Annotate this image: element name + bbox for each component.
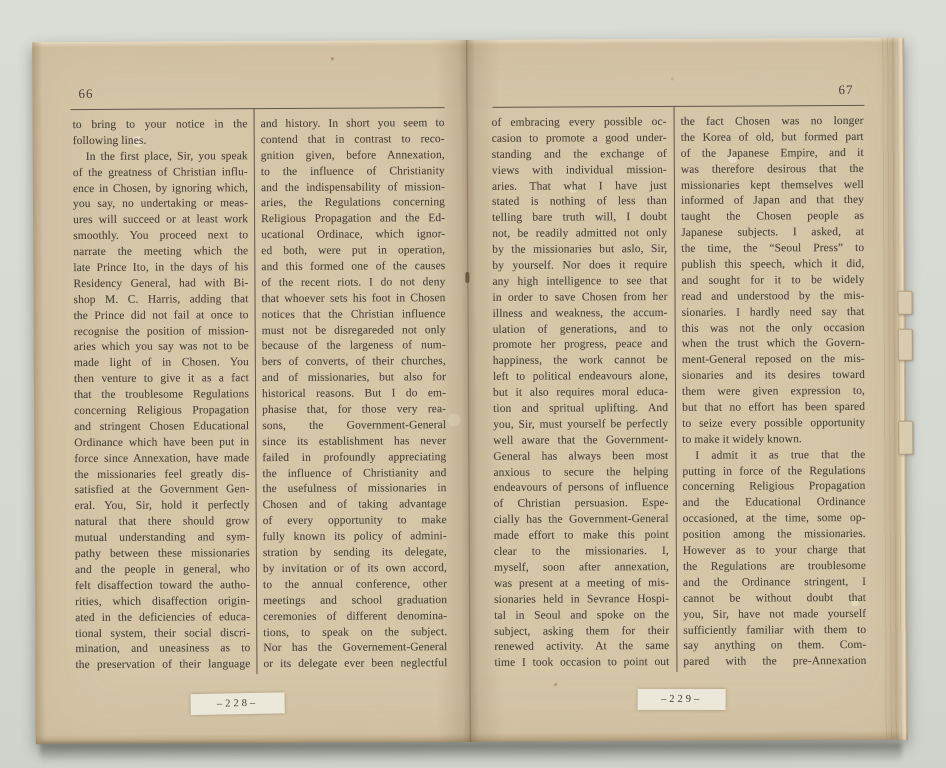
text-line: or its delegate ever been neglectful (263, 656, 447, 673)
text-line: made light of in Chosen. You (74, 356, 249, 373)
text-line: of the greatness of Christian influ- (73, 165, 248, 182)
text-line: late Prince Ito, in the days of his (73, 260, 248, 277)
text-line: to the influence of Christianity (261, 164, 445, 181)
binding-stitch (465, 272, 469, 283)
text-line: but that no effort has been spared (682, 400, 865, 417)
text-line: concerning Religious Propagation (682, 479, 865, 496)
text-line: of the recent riots. I do not deny (261, 275, 445, 292)
text-column-2: and history. In short you seem tocontend… (261, 116, 448, 673)
text-line: stated is nothing of less than (492, 194, 667, 211)
text-line: ed both, were put in operation, (261, 243, 445, 260)
text-line: mutual understanding and sym- (75, 530, 250, 547)
text-line: you, Sir, must yourself be perfectly (493, 417, 668, 434)
text-line: that whoever sets his foot in Chosen (261, 291, 445, 308)
text-line: meetings and school graduation (263, 593, 447, 610)
header-rule-right (493, 105, 865, 108)
text-line: to make it widely known. (682, 432, 865, 449)
text-line: myself, soon after annexation, (494, 560, 669, 577)
text-line: and this formed one of the causes (261, 259, 445, 276)
text-line: aries. That what I have just (492, 179, 667, 196)
text-line: ucational Ordinace, which ignor- (261, 227, 445, 244)
text-line: In the first place, Sir, you speak (73, 149, 248, 166)
text-line: to bring to your notice in the (73, 117, 248, 134)
text-line: historical reasons. But I do em- (262, 386, 446, 403)
text-line: you, Sir, have not made yourself (683, 607, 866, 624)
text-line: by the missionaries but aslo, Sir, (492, 242, 667, 259)
text-line: sufficiently familiar with them to (683, 622, 866, 639)
text-line: and stringent Chosen Educational (74, 419, 249, 436)
text-line: the Regulations are troublesome (683, 559, 866, 576)
text-line: that the troublesome Regulations (74, 387, 249, 404)
text-line: concerning Religious Propagation (74, 403, 249, 420)
text-line: and history. In short you seem to (261, 116, 445, 133)
text-line: endeavours of persons of influence (493, 480, 668, 497)
text-line: fully known its policy of admini- (263, 529, 447, 546)
text-line: happiness, the work cannot be (493, 353, 668, 370)
text-line: by invitation or of its own accord, (263, 561, 447, 578)
text-line: and the Educational Ordinance (683, 495, 866, 512)
text-line: of embracing every possible oc- (492, 115, 667, 132)
text-line: pared with the pre-Annexation (683, 654, 866, 671)
text-line: and the indispensability of mission- (261, 180, 445, 197)
text-line: recognise the position of mission- (74, 324, 249, 341)
text-line: left to political endeavours alone, (493, 369, 668, 386)
text-line: standing and the exchange of (492, 147, 667, 164)
text-line: of Christian persuasion. Espe- (494, 496, 669, 513)
text-line: the missionaries feel greatly dis- (74, 467, 249, 484)
text-line: promote her progress, peace and (493, 337, 668, 354)
text-line: shop M. C. Harris, adding that (73, 292, 248, 309)
text-line: failed in profoundly appreciating (262, 450, 446, 467)
text-line: of every opportunity to make (263, 513, 447, 530)
text-line: pathy between these missionaries (75, 546, 250, 563)
text-line: following lines. (73, 133, 248, 150)
text-line: sionaries and its desires toward (682, 368, 865, 385)
text-line: phasise that, for those very rea- (262, 402, 446, 419)
text-line: ence in Chosen, by ignoring which, (73, 181, 248, 198)
text-line: ceremonies of different denomina- (263, 609, 447, 626)
header-rule-left (71, 107, 445, 110)
column-divider-left (254, 108, 258, 674)
text-line: force since Annexation, have made (74, 451, 249, 468)
text-line: natural that there should grow (75, 514, 250, 531)
text-line: narrate the meeting which the (73, 244, 248, 261)
text-line: when the trust which the Govern- (682, 336, 865, 353)
text-line: you say, no undertaking or meas- (73, 197, 248, 214)
text-line: rities, which disaffection origin- (75, 594, 250, 611)
text-line: views with individual mission- (492, 163, 667, 180)
text-column-4: the fact Chosen was no longerthe Korea o… (681, 114, 867, 671)
text-line: publish this speech, which it did, (681, 257, 864, 274)
text-line: felt disaffection toward the autho- (75, 578, 250, 595)
text-line: tal in Seoul and spoke on the (494, 608, 669, 625)
text-line: Ordinance which have been put in (74, 435, 249, 452)
text-line: the usefulness of missionaries in (262, 482, 446, 499)
text-line: any high intelligence to see that (492, 274, 667, 291)
text-line: in order to save Chosen from her (492, 290, 667, 307)
text-line: contend that in contrast to reco- (261, 132, 445, 149)
text-line: aries, the Regulations concerning (261, 196, 445, 213)
text-line: by yourself. Nor does it require (492, 258, 667, 275)
text-line: then venture to give it as a fact (74, 371, 249, 388)
text-line: the influence of Christianity and (262, 466, 446, 483)
text-line: notices that the Christian influence (262, 307, 446, 324)
text-line: say anything on them. Com- (683, 638, 866, 655)
text-line: not, be readily admitted not only (492, 226, 667, 243)
text-line: because of the largeness of num- (262, 339, 446, 356)
text-line: and of missionaries, but also for (262, 370, 446, 387)
page-edge-tab (898, 421, 913, 455)
text-line: telling bare truth will, I doubt (492, 210, 667, 227)
text-line: position among the missionaries. (683, 527, 866, 544)
text-line: well aware that the Government- (493, 433, 668, 450)
text-line: tional system, their social discri- (75, 626, 250, 643)
text-line: the time, the “Seoul Press” to (681, 241, 864, 258)
text-line: and sought for it to be widely (681, 273, 864, 290)
column-divider-right (674, 106, 678, 672)
text-line: since its establishment has never (262, 434, 446, 451)
text-line: satisfied at the Government Gen- (74, 483, 249, 500)
page-edge-tab (897, 291, 912, 315)
text-line: illness and weakness, the accum- (493, 306, 668, 323)
text-line: However as to your charge that (683, 543, 866, 560)
text-line: Japanese subjects. I asked, at (681, 225, 864, 242)
text-line: mination, and uneasiness as to (75, 642, 250, 659)
folio-label-228: –228– (190, 692, 284, 715)
text-line: must not be disregareded not only (262, 323, 446, 340)
page-number-66: 66 (78, 86, 93, 102)
text-line: renewed activity. At the same (494, 639, 669, 656)
text-line: ures will succeed or at least work (73, 213, 248, 230)
left-page-edges (32, 42, 46, 744)
text-line: time I took occasion to point out (494, 655, 669, 672)
text-line: cannot be without doubt that (683, 591, 866, 608)
text-line: I admit it as true that the (682, 448, 865, 465)
text-line: the Prince did not fail at once to (74, 308, 249, 325)
text-line: the Korea of old, but formed part (681, 130, 864, 147)
text-line: of the Japanese Empire, and it (681, 146, 864, 163)
text-line: them were given expression to, (682, 384, 865, 401)
text-line: Residency General, had with Bi- (73, 276, 248, 293)
text-line: stration by sending its delegate, (263, 545, 447, 562)
text-line: this was not the only occasion (682, 321, 865, 338)
photo-background: 66 to bring to your notice in thefollowi… (0, 0, 946, 768)
text-line: aries which you say was not to be (74, 340, 249, 357)
text-line: putting in force of the Regulations (682, 464, 865, 481)
text-line: sionaries held in Sevrance Hospi- (494, 592, 669, 609)
text-line: clear to the missionaries. I, (494, 544, 669, 561)
right-page-edges (878, 38, 908, 740)
text-line: tion and spritual uplifting. And (493, 401, 668, 418)
text-line: was present at a meeting of mis- (494, 576, 669, 593)
book-shadow (40, 743, 902, 763)
text-line: sionaries. I hardly need say that (682, 305, 865, 322)
text-line: the preservation of their language (75, 657, 250, 674)
text-column-3: of embracing every possible oc-casion to… (492, 115, 670, 672)
text-line: Nor has the Governement-General (263, 641, 447, 658)
text-line: tions, to speak on the subject. (263, 625, 447, 642)
text-line: ated in the deficiencies of educa- (75, 610, 250, 627)
text-line: read and understood by the mis- (681, 289, 864, 306)
text-line: Chosen and of taking advantage (263, 497, 447, 514)
text-line: the fact Chosen was no longer (681, 114, 864, 131)
text-line: smoothly. You proceed next to (73, 228, 248, 245)
folio-label-229: –229– (638, 689, 726, 710)
text-line: was therefore desirous that the (681, 162, 864, 179)
text-line: anxious to secure the helping (493, 465, 668, 482)
text-line: cially has the Government-General (494, 512, 669, 529)
text-line: eral. You, Sir, hold it perfectly (75, 499, 250, 516)
text-line: gnition given, before Annexation, (261, 148, 445, 165)
text-line: and the people in general, who (75, 562, 250, 579)
text-line: to the annual conference, other (263, 577, 447, 594)
text-line: to seize every possible opportunity (682, 416, 865, 433)
text-line: occasioned, at the time, some op- (683, 511, 866, 528)
text-line: taught the Chosen people as (681, 209, 864, 226)
text-line: missionaries kept themselves well (681, 177, 864, 194)
text-line: General has always been most (493, 449, 668, 466)
text-line: bers of converts, of their churches, (262, 354, 446, 371)
text-line: but it also requires moral educa- (493, 385, 668, 402)
text-line: made effort to make this point (494, 528, 669, 545)
text-line: and the Ordinance stringent, I (683, 575, 866, 592)
text-line: Religious Propagation and the Ed- (261, 211, 445, 228)
page-number-67: 67 (838, 82, 853, 98)
book-spread: 66 to bring to your notice in thefollowi… (32, 38, 908, 745)
text-line: casion to promote a good under- (492, 131, 667, 148)
text-line: sons, the Government-General (262, 418, 446, 435)
text-column-1: to bring to your notice in thefollowing … (73, 117, 251, 674)
page-edge-tab (898, 329, 913, 361)
text-line: ulation of generations, and to (493, 322, 668, 339)
text-line: subject, asking them for their (494, 623, 669, 640)
text-line: informed of Japan and that they (681, 193, 864, 210)
text-line: ment-General reposed on the mis- (682, 352, 865, 369)
